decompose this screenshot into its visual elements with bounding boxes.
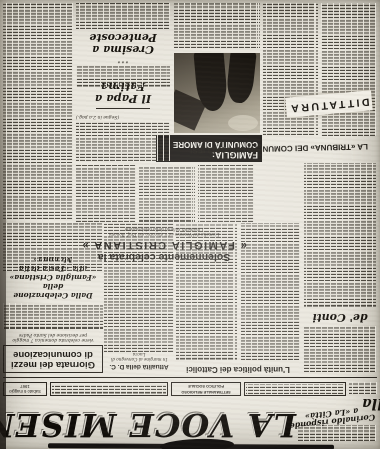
infobar-cell-direzione	[50, 382, 168, 396]
text-column	[76, 3, 170, 29]
text-column	[139, 165, 195, 222]
photo-highlight	[228, 115, 258, 131]
stars-separator: * * *	[76, 57, 170, 63]
text-column	[3, 303, 103, 329]
deck-giornata-line1: viene celebrata domenica 7 maggio	[3, 337, 103, 342]
family-photo	[174, 53, 260, 133]
headline-famiglia-cristiana-line2: « FAMIGLIA CRISTIANA »	[74, 238, 254, 250]
headline-cresima-line1: Cresima a	[76, 43, 170, 55]
page-sheet: Corinaldo risponde a «La Città» lla LA V…	[0, 0, 380, 449]
masthead-title: LA VOCE MISENA	[2, 398, 296, 444]
deck-giornata-mezzi: viene celebrata domenica 7 maggio per de…	[3, 332, 103, 342]
headline-unita-politica: L'unità politica dei Cattolici	[174, 365, 302, 373]
headline-giornata-line2: di comunicazione	[4, 349, 102, 359]
text-column	[321, 3, 376, 136]
text-column	[76, 121, 170, 161]
text-column	[52, 384, 166, 394]
text-column	[76, 65, 170, 87]
infobar-cell-left	[349, 382, 377, 394]
headline-de-conti: de' Conti	[304, 311, 376, 323]
ear-fragment: lla	[353, 395, 380, 411]
deck-famiglia-line2: I momenti salienti della celebrazione	[74, 226, 254, 231]
text-column	[304, 163, 376, 307]
scanned-newspaper-page: Corinaldo risponde a «La Città» lla LA V…	[0, 0, 380, 449]
infobar-weekly-subtitle: SETTIMANALE RELIGIOSO POLITICO SOCIALE	[171, 382, 241, 396]
headline-famiglia-cristiana-line1: Solennemente celebrata la	[74, 251, 254, 262]
text-column	[76, 165, 136, 222]
headline-celebrazione-line1: Dalla Celebrazione della	[3, 282, 103, 300]
text-column	[198, 165, 254, 222]
text-column	[304, 326, 376, 372]
headline-attualita-dc: Attualità della D. C.	[104, 362, 174, 369]
headline-giornata-line1: Giornata dei mezzi	[4, 359, 102, 369]
headline-giornata-mezzi: Giornata dei mezzi di comunicazione	[3, 345, 103, 373]
section-rule	[96, 108, 150, 109]
header-rule	[3, 377, 377, 378]
headline-cresima-pentecoste: Cresima a Pentecoste	[76, 32, 170, 55]
headline-cresima-line2: Pentecoste	[76, 32, 170, 44]
scan-edge-strip	[0, 0, 6, 449]
text-column	[174, 3, 260, 49]
photo-figure	[225, 53, 256, 104]
deck-famiglia-cristiana: L'omelia del Vescovo ed il discorso del …	[74, 226, 254, 236]
continuation-note: (Segue in 2.a pag.)	[76, 114, 170, 119]
text-column	[246, 384, 344, 394]
issue-date: Sabato 6 maggio 1967	[3, 382, 47, 396]
text-column	[3, 3, 73, 219]
weekly-subtitle-line1: SETTIMANALE RELIGIOSO	[172, 388, 240, 394]
deck-attualita-dc: In margine al Convegno di Lucca	[104, 351, 174, 361]
headline-celebrazione-line2: «Famiglia Cristiana»	[3, 273, 103, 282]
infobar-cell-abbonamenti	[244, 382, 346, 396]
